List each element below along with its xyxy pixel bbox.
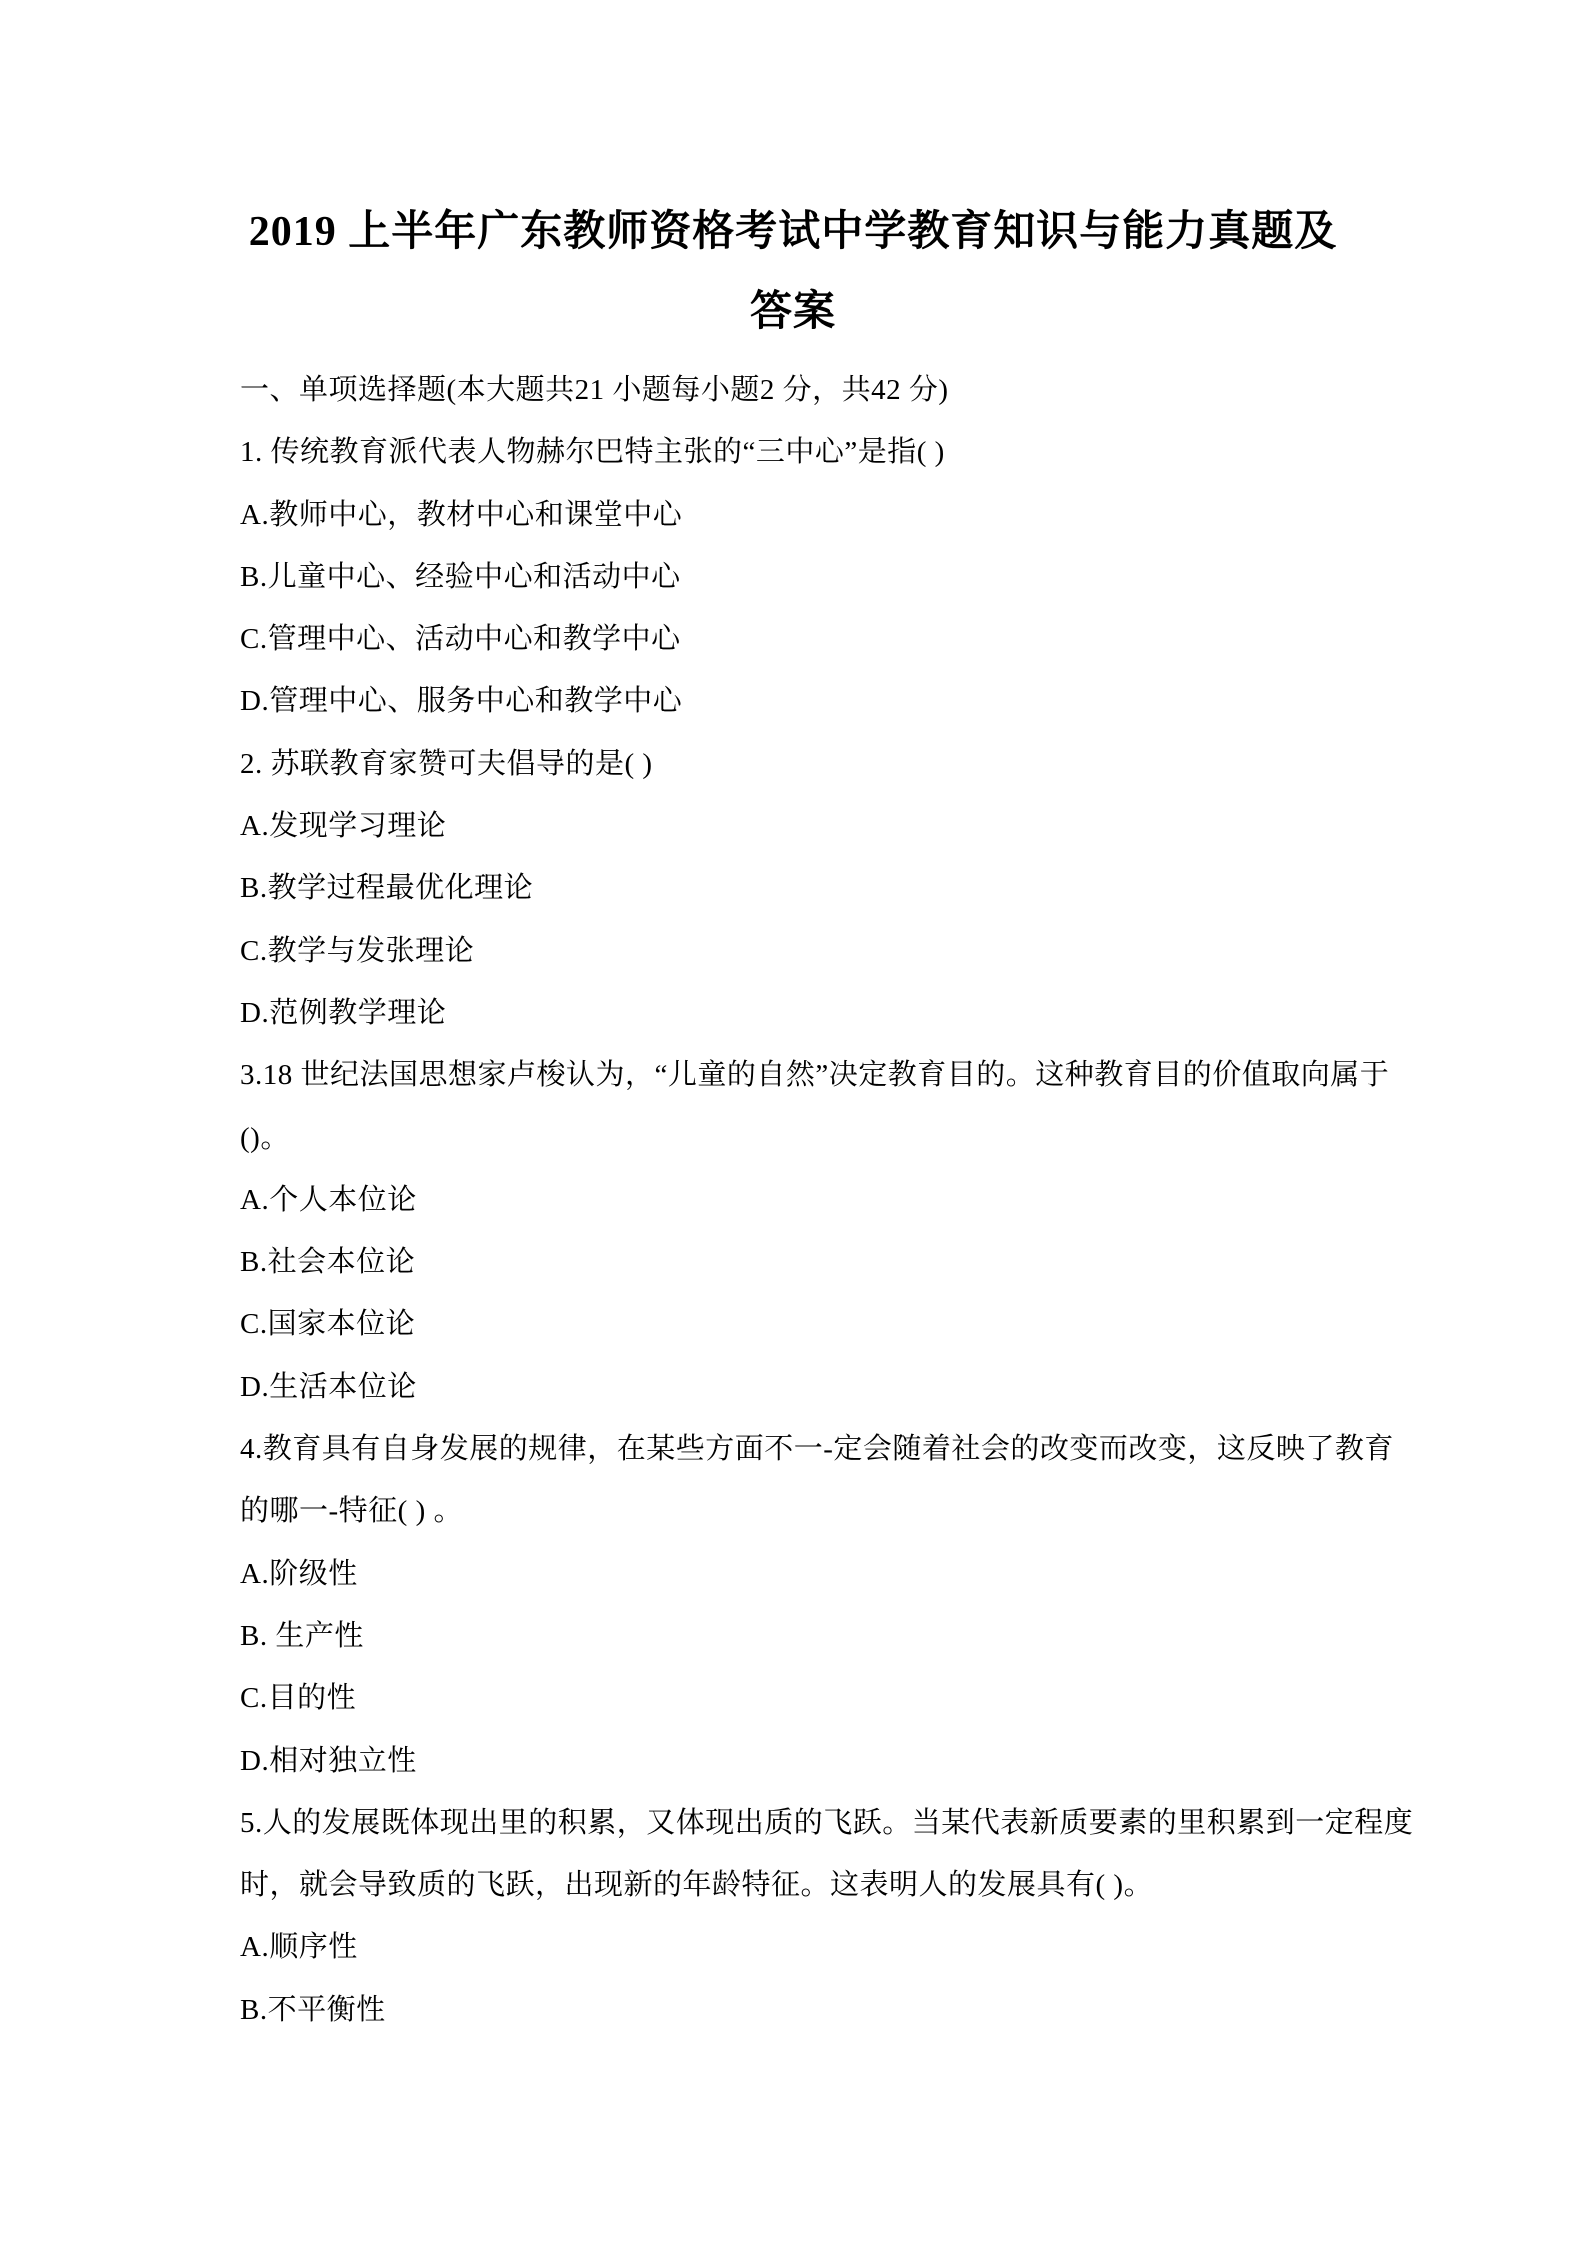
question-4-option-C: C.目的性 [240,1667,1436,1729]
question-3-option-B: B.社会本位论 [240,1231,1436,1293]
question-list: 1. 传统教育派代表人物赫尔巴特主张的“三中心”是指( )A.教师中心，教材中心… [240,421,1436,2041]
question-4-stem-line-2: 的哪一-特征( ) 。 [240,1480,1436,1542]
document-title: 2019 上半年广东教师资格考试中学教育知识与能力真题及 答案 [0,0,1586,352]
question-4-option-D: D.相对独立性 [240,1730,1436,1792]
question-4-stem-line-1: 4.教育具有自身发展的规律，在某些方面不一-定会随着社会的改变而改变，这反映了教… [240,1418,1436,1480]
question-4-option-A: A.阶级性 [240,1543,1436,1605]
question-5-option-A: A.顺序性 [240,1916,1436,1978]
section-header: 一、单项选择题(本大题共21 小题每小题2 分，共42 分) [240,359,1436,421]
exam-body: 一、单项选择题(本大题共21 小题每小题2 分，共42 分) 1. 传统教育派代… [0,359,1586,2041]
question-1-option-A: A.教师中心，教材中心和课堂中心 [240,484,1436,546]
document-page: 2019 上半年广东教师资格考试中学教育知识与能力真题及 答案 一、单项选择题(… [0,0,1586,2244]
question-3-stem-line-2: ()。 [240,1107,1436,1169]
question-4-option-B: B. 生产性 [240,1605,1436,1667]
question-2-option-B: B.教学过程最优化理论 [240,857,1436,919]
question-3-option-A: A.个人本位论 [240,1169,1436,1231]
question-2-stem-line-1: 2. 苏联教育家赞可夫倡导的是( ) [240,733,1436,795]
question-3-option-D: D.生活本位论 [240,1356,1436,1418]
title-line-2: 答案 [0,272,1586,352]
question-2-option-D: D.范例教学理论 [240,982,1436,1044]
question-1-option-B: B.儿童中心、经验中心和活动中心 [240,546,1436,608]
question-1-option-D: D.管理中心、服务中心和教学中心 [240,670,1436,732]
question-3-option-C: C.国家本位论 [240,1293,1436,1355]
question-1-stem-line-1: 1. 传统教育派代表人物赫尔巴特主张的“三中心”是指( ) [240,421,1436,483]
question-1-option-C: C.管理中心、活动中心和教学中心 [240,608,1436,670]
question-2-option-A: A.发现学习理论 [240,795,1436,857]
question-3-stem-line-1: 3.18 世纪法国思想家卢梭认为，“儿童的自然”决定教育目的。这种教育目的价值取… [240,1044,1436,1106]
question-5-option-B: B.不平衡性 [240,1979,1436,2041]
title-line-1: 2019 上半年广东教师资格考试中学教育知识与能力真题及 [0,192,1586,272]
question-5-stem-line-1: 5.人的发展既体现出里的积累，又体现出质的飞跃。当某代表新质要素的里积累到一定程… [240,1792,1436,1854]
question-5-stem-line-2: 时，就会导致质的飞跃，出现新的年龄特征。这表明人的发展具有( )。 [240,1854,1436,1916]
question-2-option-C: C.教学与发张理论 [240,920,1436,982]
